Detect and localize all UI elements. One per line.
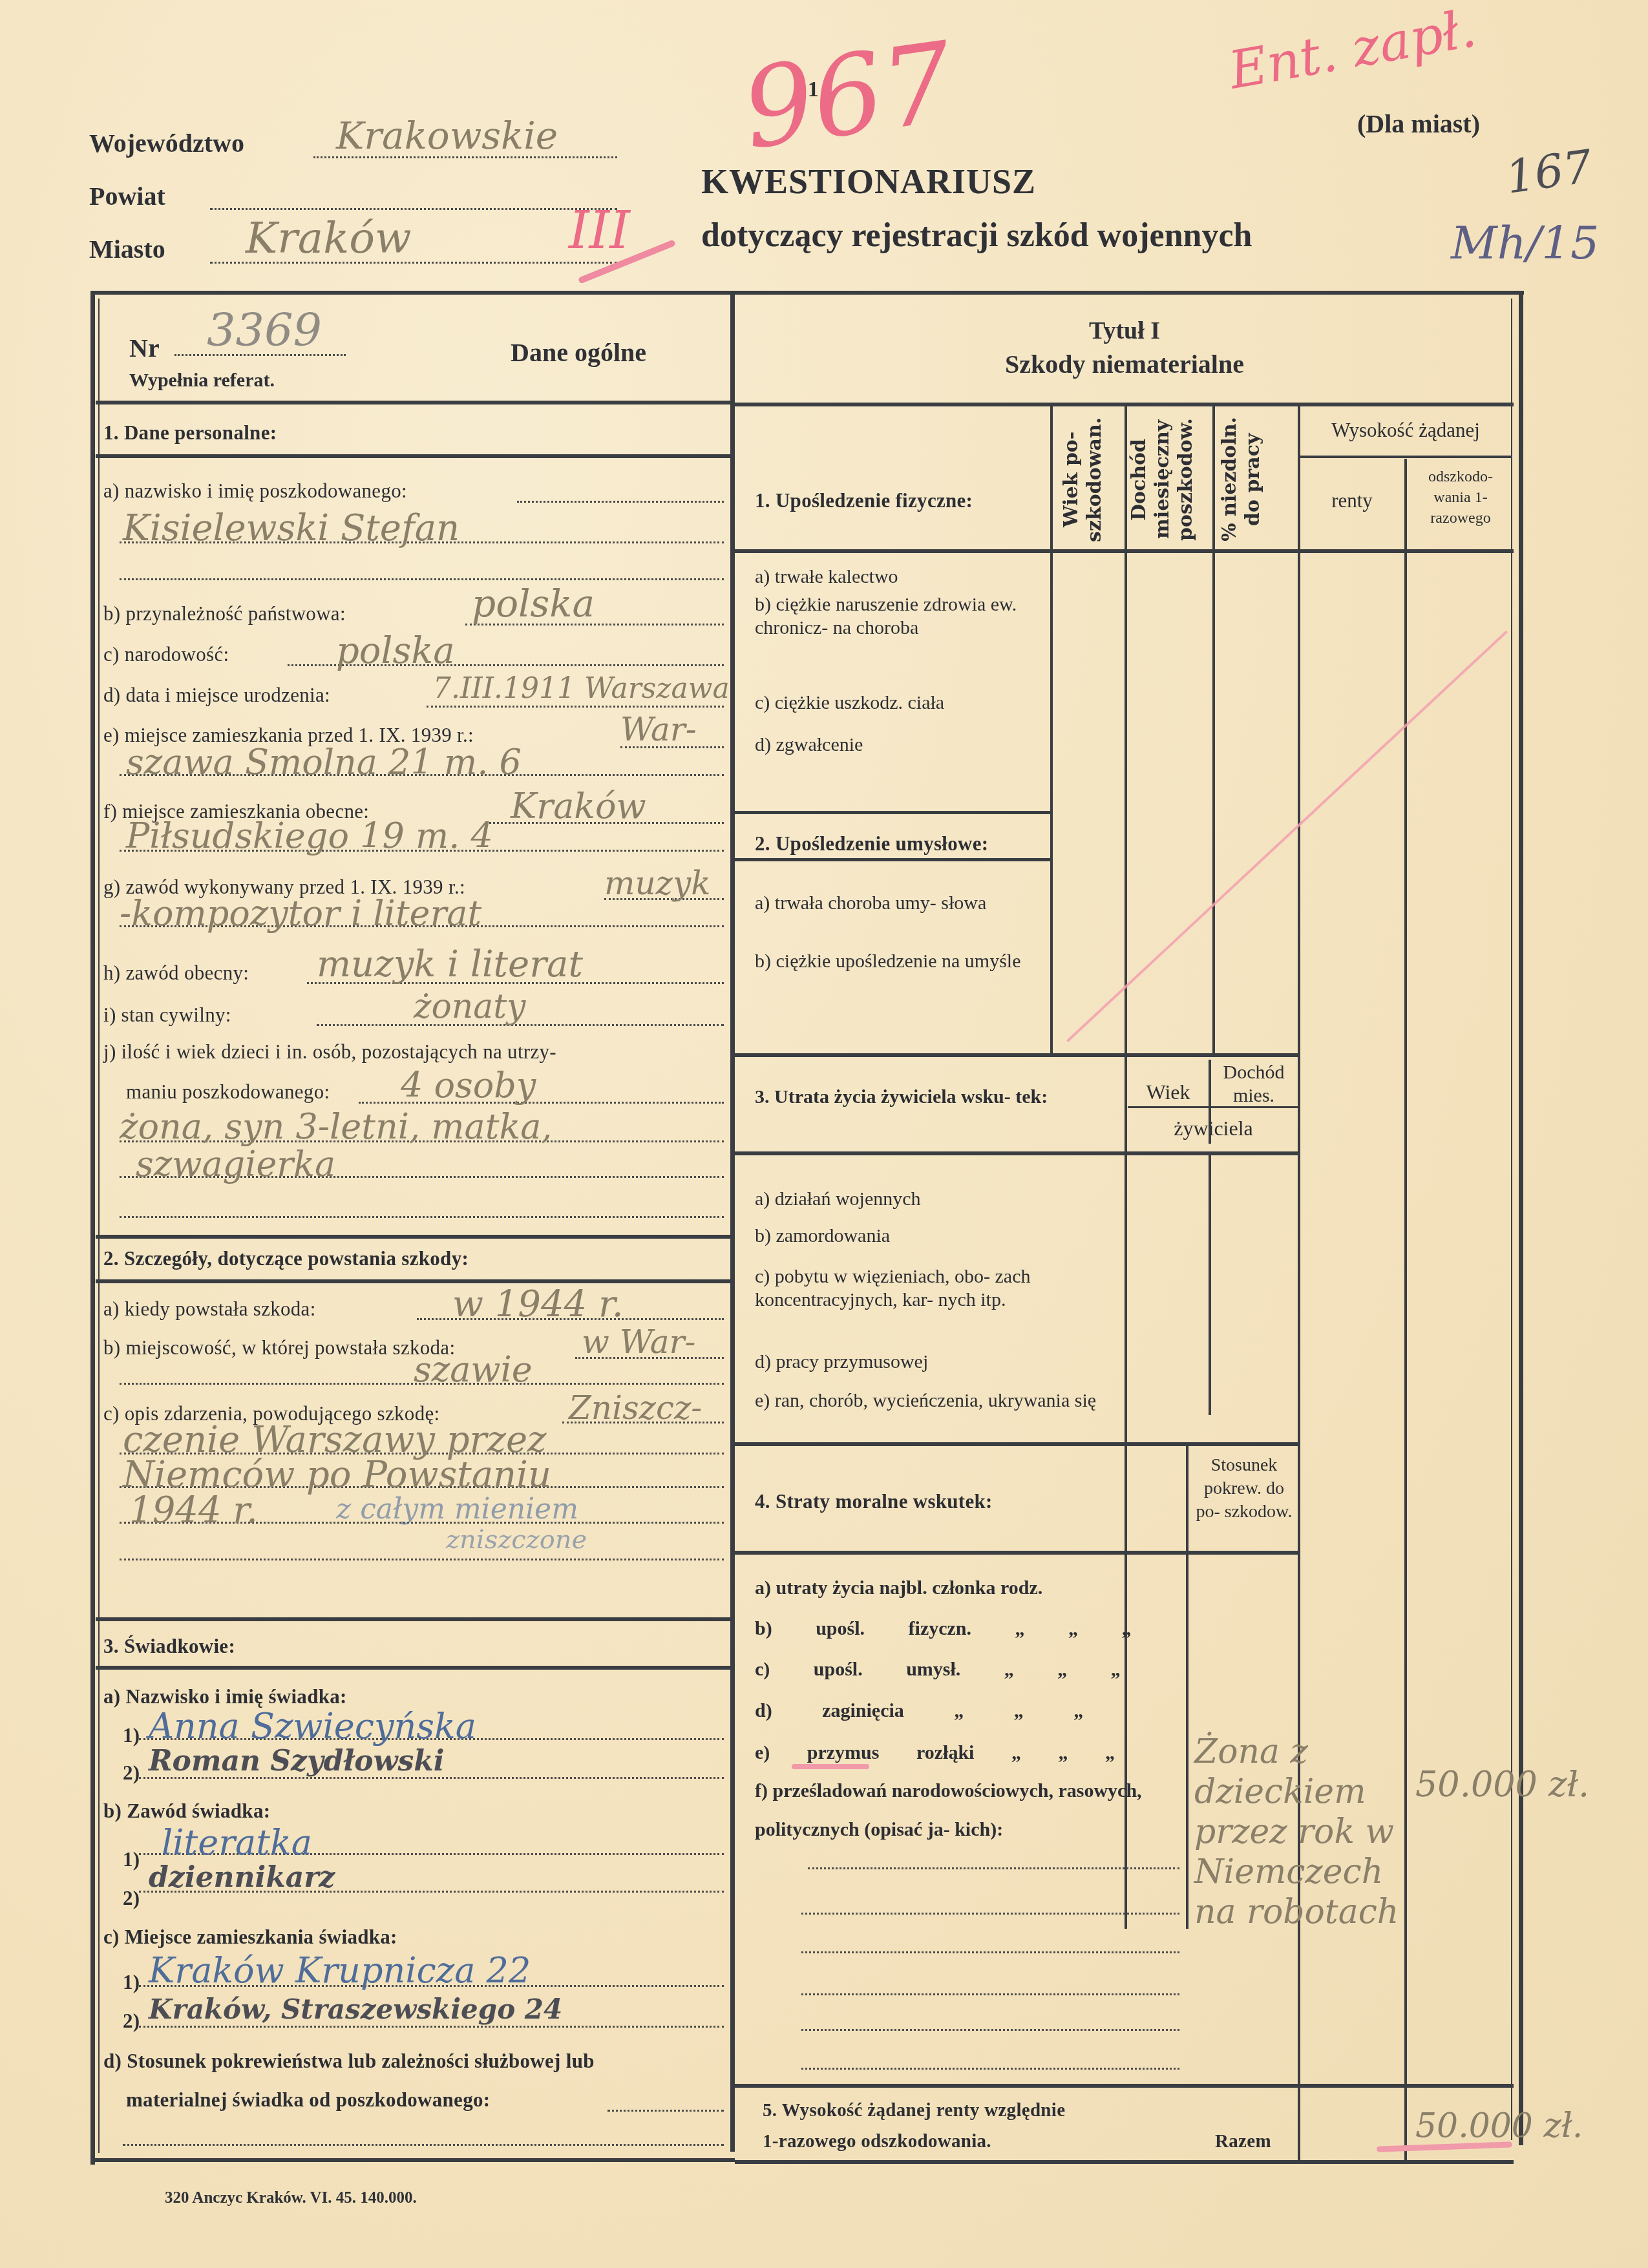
divider [96,454,732,458]
s3-right-item: d) pracy przymusowej [755,1350,1110,1374]
s1-h-value[interactable]: muzyk i literat [317,943,583,985]
s3-d-label-1: d) Stosunek pokrewieństwa lub zależności… [103,2050,595,2073]
s1-e-value-2[interactable]: szawa Smolna 21 m. 6 [126,742,522,782]
s3-right-item: a) działań wojennych [755,1188,1110,1211]
pencil-number-annotation: 167 [1503,140,1596,204]
s3-a-1-num: 1) [123,1724,140,1747]
s1-h-label: h) zawód obecny: [103,961,249,985]
frame-top [90,291,1524,295]
s3-col-zywiciela: żywiciela [1128,1117,1299,1140]
s4-f-line-6 [801,2068,1179,2070]
s4-right-item: f) prześladowań narodowościowych, rasowy… [755,1772,1181,1849]
red-roman-annotation: III [569,200,630,260]
form-type: (Dla miast) [1357,109,1480,139]
divider [96,1235,732,1239]
right-title-2: Szkody niematerialne [730,349,1519,379]
divider [96,401,732,404]
s3-right-item: c) pobytu w więzieniach, obo- zach konce… [755,1265,1110,1312]
footer-print-info: 320 Anczyc Kraków. VI. 45. 140.000. [165,2189,417,2207]
s3-col-dochod: Dochód mies. [1212,1061,1296,1108]
s2-b-value-2[interactable]: szawie [414,1349,533,1390]
nr-value[interactable]: 3369 [207,304,322,357]
s3-a-2-value[interactable]: Roman Szydłowski [149,1745,445,1778]
s2-c-value-4[interactable]: 1944 r. [129,1489,258,1531]
red-strike-line [1066,631,1508,1042]
s1-j-label-1: j) ilość i wiek dzieci i in. osób, pozos… [103,1040,556,1064]
s1-g-value-1[interactable]: muzyk [604,865,711,902]
s4-amount-value[interactable]: 50.000 zł. [1415,1764,1589,1805]
s4-right-item: b) upośl. fizyczn. „ „ „ [755,1617,1181,1641]
s4-f-line-3 [801,1951,1179,1953]
s1-f-value-1[interactable]: Kraków [511,786,646,826]
s4-f-line-2 [801,1913,1179,1915]
s1-a-label: a) nazwisko i imię poszkodowanego: [103,479,407,503]
wysokosc-divider [1299,456,1512,458]
s4-right-item: c) upośl. umysł. „ „ „ [755,1658,1181,1681]
table-bottom-border [735,2160,1514,2164]
form-subtitle: dotyczący rejestracji szkód wojennych [701,216,1252,255]
s1-b-label: b) przynależność państwowa: [103,602,346,625]
s4-f-line-1 [808,1867,1179,1869]
s2-c-value-pencil-1[interactable]: z całym mieniem [336,1493,578,1526]
s2-b-label: b) miejscowość, w której powstała szkoda… [103,1336,455,1360]
s4-right-item: e) przymus rozłąki „ „ „ [755,1741,1181,1765]
right-title-1: Tytuł I [730,317,1519,345]
s1-j-value-2[interactable]: żona, syn 3-letni, matka, [120,1106,553,1147]
miasto-label: Miasto [89,234,165,264]
divider [735,1151,1300,1155]
divider [96,1666,732,1670]
s1-g-value-2[interactable]: -kompozytor i literat [120,893,481,934]
s3-c-2-line [139,2026,724,2028]
col-divider [1209,1153,1211,1415]
s2-right-title: 2. Upośledzenie umysłowe: [755,832,988,856]
miasto-value[interactable]: Kraków [246,213,411,263]
s1-right-item: b) ciężkie naruszenie zdrowia ew. chroni… [755,593,1039,640]
s1-right-item: d) zgwałcenie [755,733,1039,757]
s1-title: 1. Dane personalne: [103,421,277,445]
frame-left-inner [98,299,100,2153]
s5-razem-label: Razem [1215,2131,1271,2152]
s1-j-label-2: maniu poszkodowanego: [126,1080,330,1104]
s1-a-line-3 [120,578,724,580]
s2-a-value[interactable]: w 1944 r. [452,1283,623,1325]
s1-i-label: i) stan cywilny: [103,1003,231,1027]
s3-d-line-1 [607,2110,724,2112]
s5-title-1: 5. Wysokość żądanej renty względnie [763,2100,1065,2121]
s3-d-label-2: materialnej świadka od poszkodowanego: [126,2088,490,2112]
s3-a-2-num: 2) [123,1761,140,1785]
s1-i-value[interactable]: żonaty [414,987,525,1026]
s2-a-label: a) kiedy powstała szkoda: [103,1297,316,1321]
wojewodztwo-label: Województwo [89,128,244,158]
s1-j-value-3[interactable]: szwagierka [136,1144,335,1184]
s3-title: 3. Świadkowie: [103,1635,235,1658]
form-title: KWESTIONARIUSZ [701,162,1036,202]
nr-label: Nr [129,333,160,363]
s2-title: 2. Szczegóły, dotyczące powstania szkody… [103,1247,469,1270]
divider [735,1551,1300,1555]
s3-c-1-num: 1) [123,1971,140,1994]
wojewodztwo-value[interactable]: Krakowskie [336,114,558,158]
s3-right-item: b) zamordowania [755,1224,1110,1248]
pencil-note-annotation: Mh/15 [1451,216,1599,269]
s2-c-value-1[interactable]: Zniszcz- [569,1389,702,1427]
s4-f-line-4 [801,1993,1179,1995]
frame-right-inner [1511,299,1512,2140]
s5-title-2: 1-razowego odszkodowania. [763,2131,991,2152]
s2-c-line-5 [120,1559,724,1560]
s3-c-2-value[interactable]: Kraków, Straszewskiego 24 [149,1993,562,2025]
divider [735,1053,1300,1057]
col-wiek-header: Wiek po- szkodowan. [1060,411,1112,548]
s1-j-line-4 [120,1216,724,1218]
s1-a-value[interactable]: Kisielewski Stefan [123,507,460,549]
s3-c-1-value[interactable]: Kraków Krupnicza 22 [149,1950,531,1991]
s1-d-line [427,706,724,708]
s3-b-1-value[interactable]: literatka [162,1822,312,1863]
s3-c-label: c) Miejsce zamieszkania świadka: [103,1926,397,1949]
red-note-annotation: Ent. zapł. [1225,0,1481,101]
table-header-bottom [735,549,1514,553]
s1-b-value[interactable]: polska [472,582,595,625]
divider [96,1279,732,1283]
s3-a-1-value[interactable]: Anna Szwiecyńska [149,1706,476,1747]
s1-j-value-1[interactable]: 4 osoby [401,1065,536,1106]
col-renty-header: renty [1300,489,1404,512]
nr-note: Wypełnia referat. [129,370,275,392]
s1-right-title: 1. Upośledzenie fizyczne: [755,489,973,512]
frame-right [1519,291,1523,2145]
s1-f-value-2[interactable]: Piłsudskiego 19 m. 4 [126,815,493,856]
s3-c-2-num: 2) [123,2010,140,2033]
red-number-annotation: 967 [735,18,961,174]
divider [735,811,1051,814]
s2-b-value-1[interactable]: w War- [582,1323,695,1361]
divider [96,1617,732,1621]
s1-e-value-1[interactable]: War- [620,711,697,748]
s4-right-title: 4. Straty moralne wskutek: [755,1490,993,1513]
s3-b-2-value[interactable]: dziennikarz [149,1861,335,1894]
s3-right-item: e) ran, chorób, wycieńczenia, ukrywania … [755,1389,1110,1412]
s3-d-line-2 [123,2144,724,2146]
s3-a-label: a) Nazwisko i imię świadka: [103,1685,347,1708]
col-divider [1050,406,1053,1055]
col-odszk-header: odszkodo- wania 1-razowego [1409,467,1512,529]
s1-d-label: d) data i miejsce urodzenia: [103,684,330,707]
s1-right-item: a) trwałe kalectwo [755,565,1039,589]
s2-right-item: a) trwała choroba umy- słowa [755,892,1039,915]
divider [735,858,1051,861]
s3-b-2-num: 2) [123,1887,140,1910]
s2-right-item: b) ciężkie upośledzenie na umyśle [755,950,1039,973]
col-wysokosc-header: Wysokość żądanej [1299,419,1512,442]
col-dochod-header: Dochód miesięczny poszkodow. [1128,411,1209,548]
s3-right-title: 3. Utrata życia żywiciela wsku- tek: [755,1086,1117,1109]
powiat-label: Powiat [89,181,165,211]
s1-right-item: c) ciężkie uszkodz. ciała [755,691,1039,715]
s1-c-value[interactable]: polska [336,630,455,672]
s3-b-1-num: 1) [123,1848,140,1871]
red-underline-mark [792,1764,869,1769]
col-niezdoln-header: % niezdoln. do pracy [1218,411,1293,548]
divider [735,2084,1514,2088]
s1-d-value[interactable]: 7.III.1911 Warszawa [433,672,730,705]
s1-c-label: c) narodowość: [103,643,229,666]
s1-a-line-1 [517,501,724,503]
s4-f-line-5 [801,2029,1179,2031]
s4-relation-value[interactable]: Żona z dzieckiem przez rok w Niemczech n… [1194,1732,1427,1932]
col-divider [1212,406,1215,1055]
s3-col-wiek: Wiek [1128,1080,1209,1104]
dane-ogolne-title: Dane ogólne [511,337,646,368]
s5-total-value[interactable]: 50.000 zł. [1415,2106,1583,2145]
powiat-line [210,208,617,210]
s2-c-value-pencil-2[interactable]: zniszczone [446,1525,587,1555]
frame-middle [730,291,735,2152]
frame-left [90,291,95,2165]
s4-right-item: a) utraty życia najbl. członka rodz. [755,1577,1181,1600]
s4-right-item: d) zaginięcia „ „ „ [755,1699,1181,1723]
s3-b-label: b) Zawód świadka: [103,1800,270,1823]
divider [735,1442,1300,1446]
col-divider [1186,1445,1188,1929]
s4-col-stosunek: Stosunek pokrew. do po- szkodow. [1192,1454,1296,1524]
divider [1128,1106,1299,1108]
frame-bottom-left [90,2158,735,2162]
